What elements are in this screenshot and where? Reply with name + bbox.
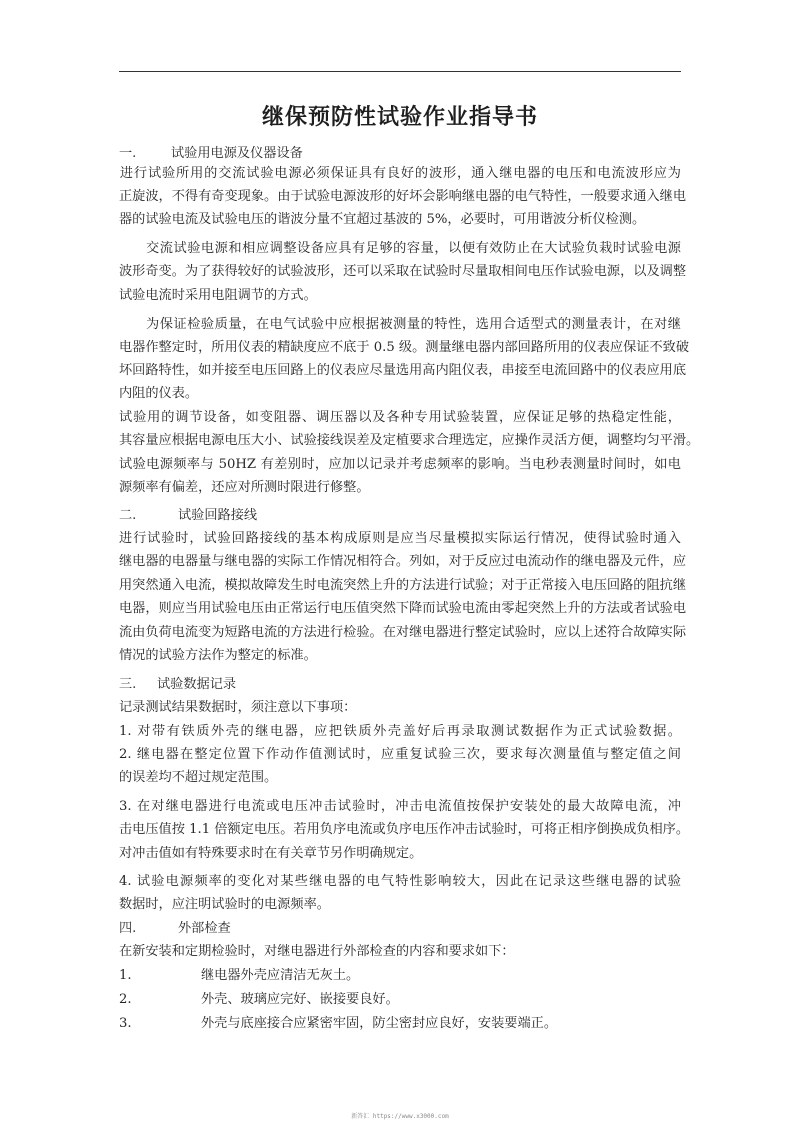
text: 进行试验所用的交流试验电源必须保证具有良好的波形，通入继电器的电压和电流波形应为 — [119, 166, 681, 181]
paragraph-line: 波形奇变。为了获得较好的试验波形，还可以采取在试验时尽量取相间电压作试验电源，以… — [119, 263, 681, 281]
section-number: 二. — [119, 507, 178, 525]
list-line: 击电压值按 1.1 倍额定电压。若用负序电流或负序电压作冲击试验时，可将正相序倒… — [119, 821, 681, 839]
list-line: 1. 对带有铁质外壳的继电器，应把铁质外壳盖好后再录取测试数据作为正式试验数据。 — [119, 723, 681, 741]
list-item-number: 2. — [119, 991, 201, 1009]
section-heading-3: 三.试验数据记录 — [119, 676, 681, 694]
list-item: 1.继电器外壳应清洁无灰土。 — [119, 967, 681, 985]
paragraph-line: 试验电流时采用电阻调节的方式。 — [119, 287, 681, 305]
paragraph-line: 其容量应根据电源电压大小、试验接线误差及定植要求合理选定，应操作灵活方便，调整均… — [119, 432, 681, 450]
list-item-text: 外壳、玻璃应完好、嵌接要良好。 — [201, 992, 399, 1007]
section-heading-text: 外部检查 — [178, 920, 231, 938]
paragraph-line: 电器，则应当用试验电压由正常运行电压值突然下降而试验电流由零起突然上升的方法或者… — [119, 600, 681, 618]
list-line: 3. 在对继电器进行电流或电压冲击试验时，冲击电流值按保护安装处的最大故障电流，… — [119, 798, 681, 816]
paragraph-line: 内阻的仪表。 — [119, 385, 681, 403]
section-heading-text: 试验用电源及仪器设备 — [171, 145, 303, 163]
paragraph-line: 源频率有偏差，还应对所测时限进行修整。 — [119, 479, 681, 497]
paragraph-line: 在新安装和定期检验时，对继电器进行外部检查的内容和要求如下： — [119, 943, 681, 961]
paragraph-line: 情况的试验方法作为整定的标准。 — [119, 647, 681, 665]
paragraph-line: 用突然通入电流，模拟故障发生时电流突然上升的方法进行试验；对于正常接入电压回路的… — [119, 577, 681, 595]
page-title: 继保预防性试验作业指导书 — [0, 100, 800, 131]
list-item: 3.外壳与底座接合应紧密牢固，防尘密封应良好，安装要端正。 — [119, 1015, 681, 1033]
paragraph-line: 试验用的调节设备，如变阻器、调压器以及各种专用试验装置，应保证足够的热稳定性能， — [119, 409, 681, 427]
section-heading-1: 一.试验用电源及仪器设备 — [119, 145, 681, 163]
section-heading-4: 四.外部检查 — [119, 920, 681, 938]
paragraph-line: 进行试验所用的交流试验电源必须保证具有良好的波形，通入继电器的电压和电流波形应为 — [119, 165, 681, 183]
list-line: 的误差均不超过规定范围。 — [119, 769, 681, 787]
paragraph-line: 进行试验时，试验回路接线的基本构成原则是应当尽量模拟实际运行情况，使得试验时通入 — [119, 530, 681, 548]
list-line: 2. 继电器在整定位置下作动作值测试时，应重复试验三次，要求每次测量值与整定值之… — [119, 746, 681, 764]
paragraph-line: 电器作整定时，所用仪表的精缺度应不底于 0.5 级。测量继电器内部回路所用的仪表… — [119, 339, 681, 357]
paragraph-line: 正旋波，不得有奇变现象。由于试验电源波形的好坏会影响继电器的电气特性，一般要求通… — [119, 188, 681, 206]
list-item-text: 外壳与底座接合应紧密牢固，防尘密封应良好，安装要端正。 — [201, 1016, 557, 1031]
section-heading-text: 试验回路接线 — [178, 507, 257, 525]
paragraph-line: 坏回路特性，如并接至电压回路上的仪表应尽量选用高内阻仪表，串接至电流回路中的仪表… — [119, 362, 681, 380]
paragraph-line: 记录测试结果数据时，须注意以下事项： — [119, 699, 681, 717]
paragraph-line: 继电器的电器量与继电器的实际工作情况相符合。列如，对于反应过电流动作的继电器及元… — [119, 553, 681, 571]
list-line: 数据时，应注明试验时的电源频率。 — [119, 896, 681, 914]
list-item: 2.外壳、玻璃应完好、嵌接要良好。 — [119, 991, 681, 1009]
section-number: 一. — [119, 145, 171, 163]
paragraph-line: 为保证检验质量，在电气试验中应根据被测量的特性，选用合适型式的测量表计，在对继 — [146, 316, 681, 334]
paragraph-line: 器的试验电流及试验电压的谐波分量不宜超过基波的 5%，必要时，可用谐波分析仪检测… — [119, 211, 681, 229]
list-line: 对冲击值如有特殊要求时在有关章节另作明确规定。 — [119, 845, 681, 863]
section-number: 三. — [119, 676, 157, 694]
section-heading-2: 二.试验回路接线 — [119, 507, 681, 525]
section-number: 四. — [119, 920, 178, 938]
list-item-text: 继电器外壳应清洁无灰土。 — [201, 968, 359, 983]
header-rule — [119, 71, 681, 72]
page-footer-watermark: 新答汇 https://www.x3000.com — [0, 1111, 800, 1120]
section-heading-text: 试验数据记录 — [157, 676, 236, 694]
document-page: 继保预防性试验作业指导书 一.试验用电源及仪器设备 进行试验所用的交流试验电源必… — [0, 0, 800, 1130]
list-item-number: 3. — [119, 1015, 201, 1033]
list-item-number: 1. — [119, 967, 201, 985]
paragraph-line: 试验电源频率与 50HZ 有差别时，应加以记录并考虑频率的影响。当电秒表测量时间… — [119, 456, 681, 474]
paragraph-line: 流由负荷电流变为短路电流的方法进行检验。在对继电器进行整定试验时，应以上述符合故… — [119, 624, 681, 642]
list-line: 4. 试验电源频率的变化对某些继电器的电气特性影响较大，因此在记录这些继电器的试… — [119, 873, 681, 891]
paragraph-line: 交流试验电源和相应调整设备应具有足够的容量，以便有效防止在大试验负栽时试验电源 — [146, 240, 681, 258]
